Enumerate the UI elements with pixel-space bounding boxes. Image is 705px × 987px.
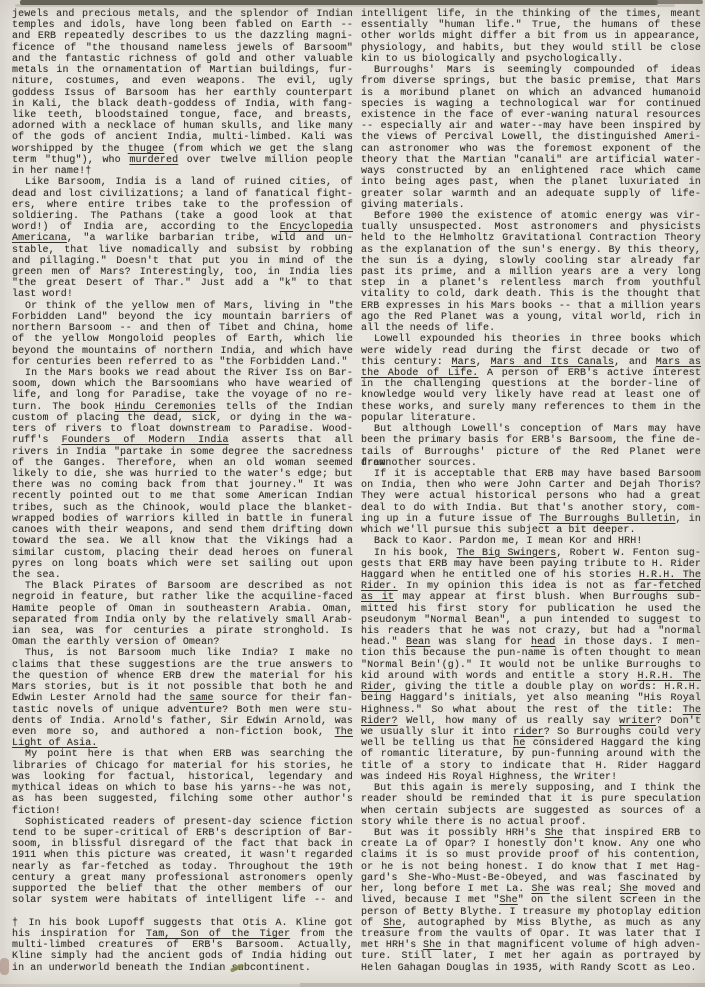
- text-line: worshipped by the thugee (from which we …: [12, 144, 353, 155]
- text-line: -- especially air and water--may have be…: [361, 121, 701, 132]
- text-line: ficence of "the thousand nameless jewels…: [12, 43, 353, 54]
- text-line: we usually slur it into rider? So Burrou…: [361, 727, 701, 738]
- text-line: Rider, giving the title a double play on…: [361, 682, 701, 693]
- text-line: kid around with words and entitle a stor…: [361, 671, 701, 682]
- text-line: knowledge would very likely have read at…: [361, 390, 701, 401]
- text-line: like teeth, bloodstained tongue, face, a…: [12, 110, 353, 121]
- text-line: dents of India. Arnold's father, Sir Edw…: [12, 716, 353, 727]
- text-line: existence in the face of ever-waning nat…: [361, 110, 701, 121]
- text-line: being Haggard's initials, yet also meani…: [361, 693, 701, 704]
- text-line: vitality to cold, dark death. This is th…: [361, 289, 701, 300]
- text-line: Burroughs' Mars is seemingly compounded …: [361, 65, 701, 76]
- text-line: But was it possibly HRH's She that inspi…: [361, 828, 701, 839]
- scan-artifact-bottom-smudge: [300, 983, 705, 987]
- text-line: tails of Burroughs' picture of the Red P…: [361, 447, 701, 458]
- paragraph: Lowell expounded his theories in three b…: [361, 334, 701, 424]
- text-line: claims that these suggestions are the tr…: [12, 660, 353, 671]
- text-line: as has been suggested, filching some oth…: [12, 794, 353, 805]
- text-line: last word!: [12, 289, 353, 300]
- text-line: title of a story to indicate that H. Rid…: [361, 761, 701, 772]
- text-line: step in a planet's relentless march from…: [361, 278, 701, 289]
- text-line: stable, that live nomadically and subsis…: [12, 245, 353, 256]
- text-line: his readers that he was not crazy, but h…: [361, 626, 701, 637]
- text-line: separated from India only by the relativ…: [12, 615, 353, 626]
- text-line: canoes with their weapons, and send them…: [12, 525, 353, 536]
- paragraph: In his book, The Big Swingers, Robert W.…: [361, 548, 701, 784]
- paragraph-gap: [12, 907, 353, 918]
- text-line: Back to Kaor. Pardon me, I mean Kor and …: [361, 536, 701, 547]
- text-line: word!) of India are, according to the En…: [12, 222, 353, 233]
- text-line: or he is not being honest. I do know tha…: [361, 862, 701, 873]
- text-line: was looking for factual, historical, leg…: [12, 772, 353, 783]
- text-line: giving materials.: [361, 200, 701, 211]
- text-line: on India, then who were John Carter and …: [361, 480, 701, 491]
- text-line: the Abode of Life. A person of ERB's act…: [361, 368, 701, 379]
- text-line: If it is acceptable that ERB may have ba…: [361, 469, 701, 480]
- text-line: recently pointed out to me that some Ame…: [12, 491, 353, 502]
- text-line: ruff's Founders of Modern India asserts …: [12, 435, 353, 446]
- text-line: story while there is no actual proof.: [361, 817, 701, 828]
- text-line: nearly as far-fetched as today. Througho…: [12, 862, 353, 873]
- text-line: But although Lowell's conception of Mars…: [361, 424, 701, 435]
- text-line: popular literature.: [361, 413, 701, 424]
- text-line: dead and lost civilizations; a land of f…: [12, 189, 353, 200]
- text-line: held to the Helmholtz Gravitational Cont…: [361, 233, 701, 244]
- text-line: "the great Desert of Thar." Just add a "…: [12, 278, 353, 289]
- text-line: the views of Percival Lowell, the distin…: [361, 132, 701, 143]
- text-line: Mars stories, but is it not possible tha…: [12, 682, 353, 693]
- text-line: Haggard when he entitled one of his stor…: [361, 570, 701, 581]
- text-line: person of Betty Blythe. I treasure my ph…: [361, 907, 701, 918]
- text-line: gard's She-Who-Must-Be-Obeyed, and was f…: [361, 873, 701, 884]
- text-line: toward the sea. We all know that the Vik…: [12, 536, 353, 547]
- footnote: † In his book Lupoff suggests that Otis …: [12, 918, 353, 974]
- text-line: Lowell expounded his theories in three b…: [361, 334, 701, 345]
- text-line: tually unsuspected. Most astronomers and…: [361, 222, 701, 233]
- text-line: this century: Mars, Mars and Its Canals,…: [361, 357, 701, 368]
- text-line: libraries of Chicago for material for hi…: [12, 761, 353, 772]
- text-line: term "thug"), who murdered over twelve m…: [12, 155, 353, 166]
- text-line: reader should be reminded that it is pur…: [361, 794, 701, 805]
- text-line: met HRH's She in that magnificent volume…: [361, 940, 701, 951]
- text-line: Helen Gahagan Douglas in 1935, with Rand…: [361, 963, 701, 974]
- text-line: is a moribund planet on which an advance…: [361, 88, 701, 99]
- text-line: negroid in feature, but rather like the …: [12, 592, 353, 603]
- text-line: multi-limbed creatures of ERB's Barsoom.…: [12, 940, 353, 951]
- text-line: But this again is merely supposing, and …: [361, 783, 701, 794]
- text-line: intelligent life, in the thinking of the…: [361, 9, 701, 20]
- text-line: adorned with a necklace of human skulls,…: [12, 121, 353, 132]
- text-line: when certain subjects are suggested as s…: [361, 806, 701, 817]
- text-line: of romantic literature, by pun-funning a…: [361, 749, 701, 760]
- text-line: Forbidden Land" beyond the icy mountain …: [12, 312, 353, 323]
- text-line: Edwin Lester Arnold had the same source …: [12, 693, 353, 704]
- paragraph: Back to Kaor. Pardon me, I mean Kor and …: [361, 536, 701, 547]
- text-line: ers, where entire tribes take to the pro…: [12, 200, 353, 211]
- text-line: pyres on long boats which were set saili…: [12, 559, 353, 570]
- scan-artifact-red-smudge: [0, 958, 9, 975]
- text-line: deal to do with India. But that's anothe…: [361, 503, 701, 514]
- text-line: treasure from the vaults of Opar. It was…: [361, 929, 701, 940]
- paragraph: Thus, is not Barsoom much like India? I …: [12, 648, 353, 749]
- text-line: ways constructed by an enlightened race …: [361, 166, 701, 177]
- text-line: from diverse springs, but the basic prem…: [361, 76, 701, 87]
- text-line: ERB expresses in his Mars books -- that …: [361, 301, 701, 312]
- text-line: My point here is that when ERB was searc…: [12, 749, 353, 760]
- text-line: as it may appear at first blush. When Bu…: [361, 592, 701, 603]
- text-line: from other sources.: [361, 458, 701, 469]
- text-line: ing up in a future issue of The Burrough…: [361, 514, 701, 525]
- text-line: soom, in blissful disregard of the fact …: [12, 839, 353, 850]
- text-line: which we'll pursue this subject a bit de…: [361, 525, 701, 536]
- text-line: in the challenging questions at the bord…: [361, 379, 701, 390]
- scan-border-top-shadow: [15, 4, 675, 7]
- text-line: essentially "human life." True, the huma…: [361, 20, 701, 31]
- text-line: all the needs of life.: [361, 323, 701, 334]
- text-line: Or think of the yellow men of Mars, livi…: [12, 301, 353, 312]
- text-line: temples and idols, have long been fabled…: [12, 20, 353, 31]
- text-line: They were actual historical persons who …: [361, 491, 701, 502]
- text-line: "Normal Bein'(g)." It would not be unlik…: [361, 660, 701, 671]
- text-line: were widely read during the first decade…: [361, 346, 701, 357]
- text-line: well be telling us that he considered Ha…: [361, 738, 701, 749]
- text-line: mitted his first story for publication h…: [361, 604, 701, 615]
- text-line: life, and long for Paradise, take the vo…: [12, 390, 353, 401]
- text-line: his inspiration for Tam, Son of the Tige…: [12, 929, 353, 940]
- text-line: Like Barsoom, India is a land of ruined …: [12, 177, 353, 188]
- text-line: past its prime, and a million years are …: [361, 267, 701, 278]
- text-line: metals in the ornamentation of Martian b…: [12, 65, 353, 76]
- paragraph: My point here is that when ERB was searc…: [12, 749, 353, 816]
- text-line: there was no coming back from that journ…: [12, 480, 353, 491]
- text-line: rivers in India "partake in some degree …: [12, 447, 353, 458]
- text-line: † In his book Lupoff suggests that Otis …: [12, 918, 353, 929]
- text-line: was indeed His Royal Highness, the Write…: [361, 772, 701, 783]
- text-line: and ERB repeatedly describes to us the d…: [12, 31, 353, 42]
- text-line: niture, costumes, and even weapons. The …: [12, 76, 353, 87]
- text-line: mythical ideas on which to base his yarn…: [12, 783, 353, 794]
- text-line: century a great many professional astron…: [12, 873, 353, 884]
- paragraph: Before 1900 the existence of atomic ener…: [361, 211, 701, 334]
- text-line: claims it is so must provide proof of hi…: [361, 850, 701, 861]
- text-line: these works, and surely many references …: [361, 402, 701, 413]
- text-line: her, long before I met La. She was real;…: [361, 884, 701, 895]
- text-line: wrapped bodies of warriors killed in bat…: [12, 514, 353, 525]
- text-line: ago the Red Planet was a young, vital wo…: [361, 312, 701, 323]
- text-line: Rider. In my opinion this idea is not as…: [361, 581, 701, 592]
- text-line: goddess Issus of Barsoom has her earthly…: [12, 88, 353, 99]
- text-line: green men of Mars? Interestingly, too, i…: [12, 267, 353, 278]
- text-line: into being ages past, when the planet lu…: [361, 177, 701, 188]
- text-line: Light of Asia.: [12, 738, 353, 749]
- text-line: ters of rivers to float downstream to Pa…: [12, 424, 353, 435]
- text-line: Before 1900 the existence of atomic ener…: [361, 211, 701, 222]
- text-line: tastic novels of unique adventure? Both …: [12, 705, 353, 716]
- text-line: in an underworld beneath the Indian subc…: [12, 963, 353, 974]
- text-line: as the explanation of the sun's energy. …: [361, 245, 701, 256]
- paragraph: jewels and precious metals, and the sple…: [12, 9, 353, 177]
- text-line: Thus, is not Barsoom much like India? I …: [12, 648, 353, 659]
- paragraph: intelligent life, in the thinking of the…: [361, 9, 701, 65]
- text-line: Oman the earthly version of Omean?: [12, 637, 353, 648]
- right-column: intelligent life, in the thinking of the…: [361, 9, 701, 974]
- text-line: the sun is a dying, slowly cooling star …: [361, 256, 701, 267]
- text-line: 1911 when this picture was created, it w…: [12, 850, 353, 861]
- text-line: The Black Pirates of Barsoom are describ…: [12, 581, 353, 592]
- text-line: and the fantastic richness of gold and o…: [12, 54, 353, 65]
- text-line: northern Barsoom -- and then of Tibet an…: [12, 323, 353, 334]
- text-line: soldiering. The Pathans (take a good loo…: [12, 211, 353, 222]
- text-line: Kline simply had the ancient gods of Ind…: [12, 951, 353, 962]
- paragraph: Burroughs' Mars is seemingly compounded …: [361, 65, 701, 211]
- text-line: kin to us biologically and psychological…: [361, 54, 701, 65]
- paragraph: If it is acceptable that ERB may have ba…: [361, 469, 701, 536]
- text-line: and pillaging." Doesn't that put you in …: [12, 256, 353, 267]
- text-line: tion this because the pun-name is often …: [361, 648, 701, 659]
- text-line: been the primary basis for ERB's Barsoom…: [361, 435, 701, 446]
- text-line: Sophisticated readers of present-day sci…: [12, 817, 353, 828]
- text-line: solar system were habitats of intelligen…: [12, 895, 353, 906]
- text-line: In the Mars books we read about the Rive…: [12, 368, 353, 379]
- text-line: in Kali, the black death-goddess of Indi…: [12, 99, 353, 110]
- scanned-page: jewels and precious metals, and the sple…: [0, 0, 705, 987]
- text-line: species is waging a technological war fo…: [361, 99, 701, 110]
- text-line: similar custom, placing their dead heroe…: [12, 548, 353, 559]
- text-line: theory that the Martian "canali" are art…: [361, 155, 701, 166]
- text-line: greater solar warmth and an adequate sup…: [361, 189, 701, 200]
- text-line: tend to be super-critical of ERB's descr…: [12, 828, 353, 839]
- text-line: In his book, The Big Swingers, Robert W.…: [361, 548, 701, 559]
- text-line: lived, because I met "She" on the silent…: [361, 895, 701, 906]
- text-line: pseudonym "Normal Bean", a pun intended …: [361, 615, 701, 626]
- paragraph: But was it possibly HRH's She that inspi…: [361, 828, 701, 974]
- text-line: of She, autographed by Miss Blythe, as m…: [361, 918, 701, 929]
- text-line: ian sea, was for centuries a pirate stro…: [12, 626, 353, 637]
- paragraph: Or think of the yellow men of Mars, livi…: [12, 301, 353, 368]
- text-line: ture. Still later, I met her again as po…: [361, 951, 701, 962]
- text-line: the sea.: [12, 570, 353, 581]
- text-line: jewels and precious metals, and the sple…: [12, 9, 353, 20]
- text-line: beyond the mountains of northern India, …: [12, 346, 353, 357]
- paragraph: Like Barsoom, India is a land of ruined …: [12, 177, 353, 300]
- text-line: in her name!†: [12, 166, 353, 177]
- text-line: even more so, and authored a non-fiction…: [12, 727, 353, 738]
- text-line: likely to die, she was hurried to the wa…: [12, 469, 353, 480]
- paragraph: In the Mars books we read about the Rive…: [12, 368, 353, 581]
- text-line: supported the belief that the other memb…: [12, 884, 353, 895]
- text-line: turn. The book Hindu Ceremonies tells of…: [12, 402, 353, 413]
- paragraph: The Black Pirates of Barsoom are describ…: [12, 581, 353, 648]
- text-line: Hamite people of Oman in southeastern Ar…: [12, 604, 353, 615]
- text-line: Americana, "a warlike barbarian tribe, w…: [12, 233, 353, 244]
- text-line: other worlds might differ a bit from us …: [361, 31, 701, 42]
- text-line: the question of whence ERB drew the mate…: [12, 671, 353, 682]
- left-column: jewels and precious metals, and the sple…: [12, 9, 353, 974]
- text-line: fiction!: [12, 806, 353, 817]
- text-line: gests that ERB may have been paying trib…: [361, 559, 701, 570]
- text-line: soom, down which the Barsoomians who hav…: [12, 379, 353, 390]
- paragraph: But this again is merely supposing, and …: [361, 783, 701, 828]
- text-line: of the Ganges. Therefore, when an old wo…: [12, 458, 353, 469]
- paragraph: Sophisticated readers of present-day sci…: [12, 817, 353, 907]
- text-line: for centuries been referred to as "the F…: [12, 357, 353, 368]
- text-line: head." Bean was slang for head in those …: [361, 637, 701, 648]
- text-line: create La of Opar? I honestly don't know…: [361, 839, 701, 850]
- text-line: custom of placing the dead, sick, or dyi…: [12, 413, 353, 424]
- text-line: physiology, and habits, but they would s…: [361, 43, 701, 54]
- text-line: tribes, such as the Chinook, would place…: [12, 503, 353, 514]
- text-line: Highness." So what about the rest of the…: [361, 705, 701, 716]
- text-line: of the yellow Mongoloid peoples of Earth…: [12, 334, 353, 345]
- paragraph: But although Lowell's conception of Mars…: [361, 424, 701, 469]
- text-line: of the gods of ancient India, multi-limb…: [12, 132, 353, 143]
- text-line: Rider? Well, how many of us really say w…: [361, 716, 701, 727]
- text-line: can astronomer who was the foremost expo…: [361, 144, 701, 155]
